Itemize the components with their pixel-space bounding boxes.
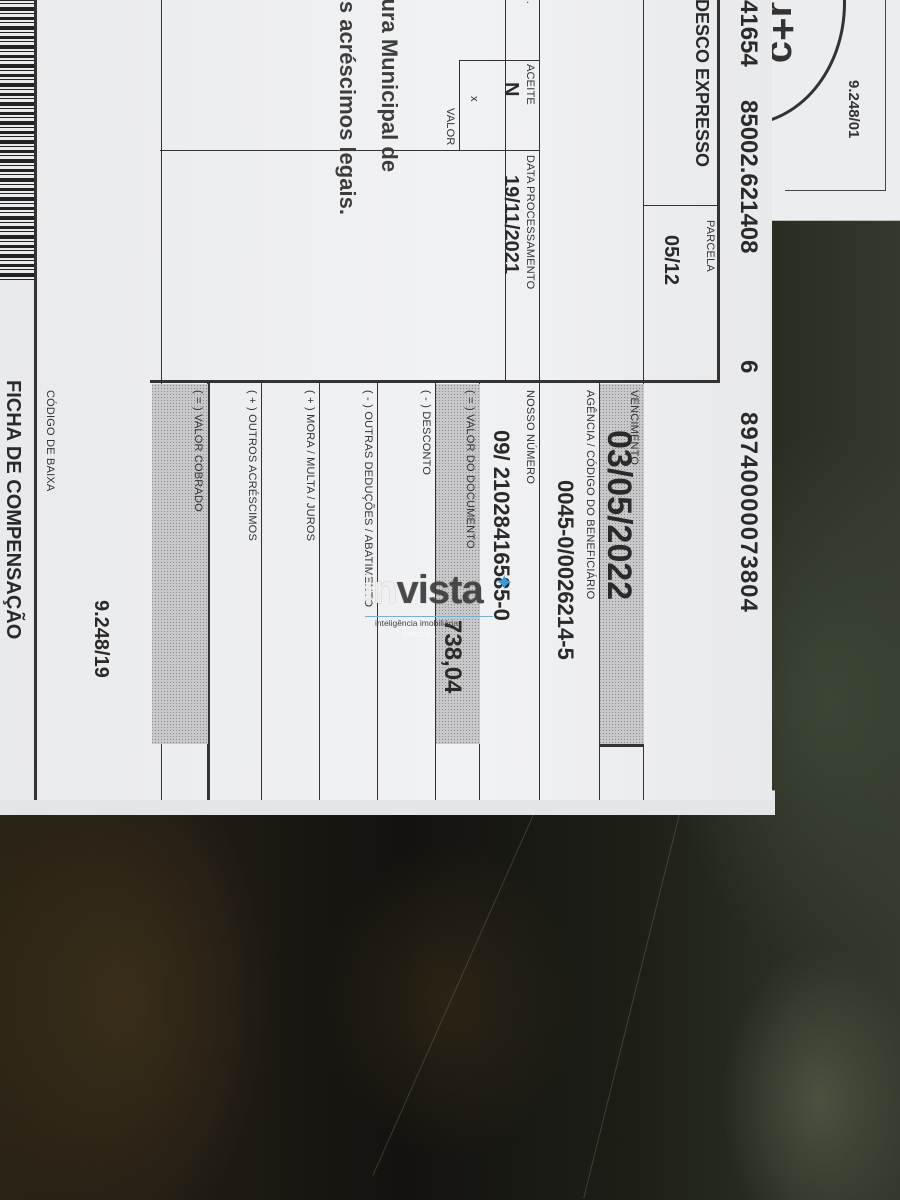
data-processamento-value: 19/11/2021 [499,175,522,274]
local-pagamento: BRADESCO EXPRESSO [691,0,712,167]
digitable-line-part-c: 89740000073804 [734,412,762,613]
instructions-line-1: Prefeitura Municipal de [376,0,402,172]
outros-acrescimos-label: ( + ) OUTROS ACRÉSCIMOS [246,390,258,541]
vencimento-value: 03/05/2022 [599,430,638,600]
aceite-value: N [499,82,522,96]
digitable-line-part-b: 85002.621408 [734,100,762,254]
ficha-compensacao-title: FICHA DE COMPENSAÇÃO [1,380,24,639]
boleto-form: 41654 85002.621408 6 89740000073804 BRAD… [0,0,772,800]
back-sheet-reference: 9.248/01 [845,80,862,138]
valor-documento-value: 738,04 [438,620,466,693]
outras-deducoes-divider [319,380,320,800]
nosso-numero-label: NOSSO NÚMERO [524,390,536,484]
barcode [0,0,34,280]
mora-multa-label: ( + ) MORA / MULTA / JUROS [304,390,316,541]
desconto-label: ( - ) DESCONTO [420,390,432,475]
agencia-codigo-label: AGÊNCIA / CÓDIGO DO BENEFICIÁRIO [584,390,596,599]
desconto-divider [377,380,378,800]
bottom-divider [34,0,37,800]
outras-deducoes-label: ( - ) OUTRAS DEDUÇÕES / ABATIMENTO [362,390,374,607]
aceite-label: ACEITE [524,64,536,105]
valor-cobrado-label: ( = ) VALOR COBRADO [192,390,204,512]
codigo-baixa-label: CÓDIGO DE BAIXA [44,390,56,491]
parcela-label: PARCELA [704,220,716,272]
data-processamento-label: DATA PROCESSAMENTO [524,155,536,289]
vencimento-divider [599,380,600,800]
valor-label: VALOR [444,108,456,145]
vencimento-box-end [600,744,644,747]
instructions-line-2: devidos acréscimos legais. [334,0,360,215]
mora-multa-divider [261,380,262,800]
boleto-paper: 41654 85002.621408 6 89740000073804 BRAD… [0,0,772,800]
back-sheet: ɹ+ɔ 9.248/01 [760,0,900,221]
nosso-numero-value: 09/ 21028416585-0 [488,430,514,621]
parcela-value: 05/12 [659,235,682,285]
agencia-codigo-value: 0045-0/0026214-5 [552,480,578,660]
digitable-line-part-a: 41654 [734,0,762,67]
parcela-divider [644,205,720,206]
codigo-baixa-value: 9.248/19 [89,600,112,678]
valor-divider [459,60,460,150]
valor-x-mark: x [468,96,480,102]
row-divider-2 [539,0,540,800]
valor-documento-label: ( = ) VALOR DO DOCUMENTO [464,390,476,549]
especie-doc-label: ÉCIE DOC. [524,0,536,4]
header-divider [717,0,720,380]
valor-documento-divider [435,380,436,800]
aceite-divider [460,60,540,61]
digitable-line-check-digit: 6 [734,360,762,373]
